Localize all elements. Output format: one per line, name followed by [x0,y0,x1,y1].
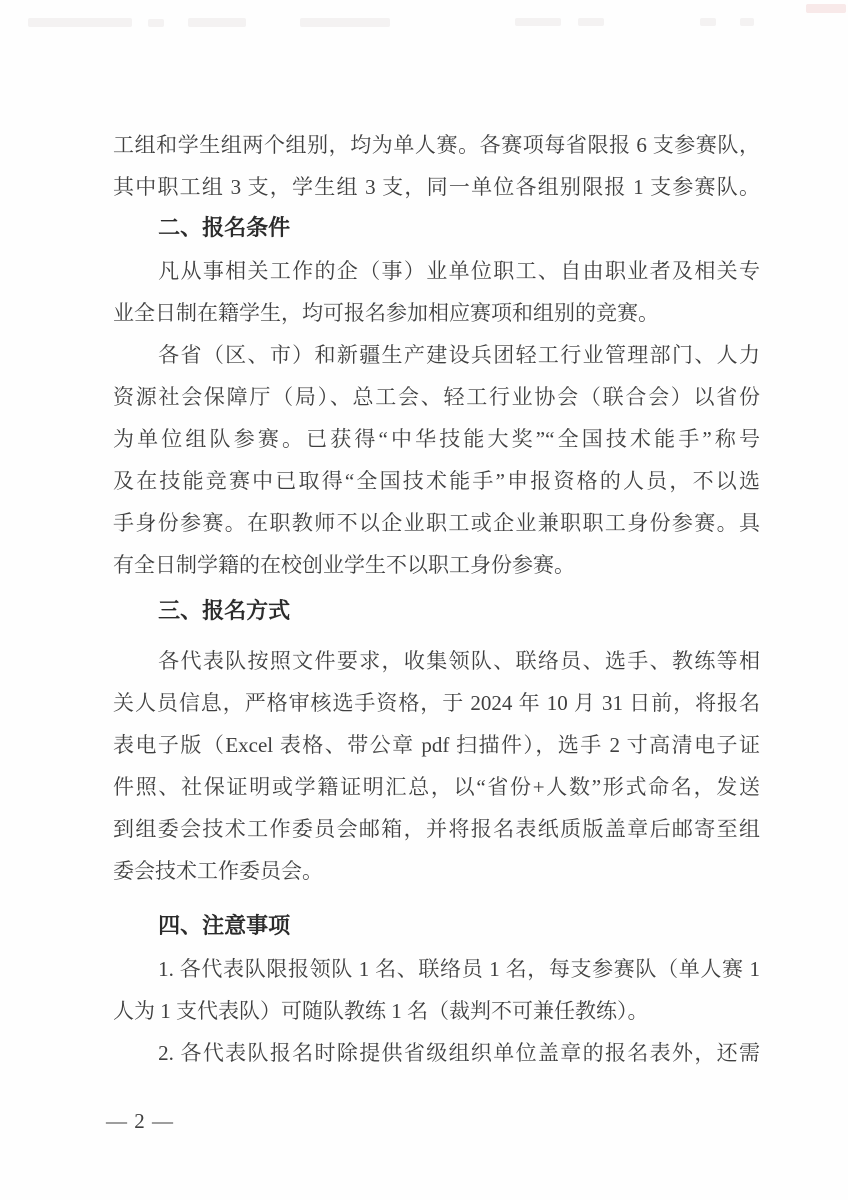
text-line: 凡从事相关工作的企（事）业单位职工、自由职业者及相关专 [113,250,760,292]
page-number: — 2 — [106,1106,174,1136]
text-line: 人为 1 支代表队）可随队教练 1 名（裁判不可兼任教练）。 [113,990,760,1032]
text-line: 各省（区、市）和新疆生产建设兵团轻工行业管理部门、人力 [113,334,760,376]
text-line: 资源社会保障厅（局）、总工会、轻工行业协会（联合会）以省份 [113,376,760,418]
bleed-through-mark [740,18,754,26]
section-heading: 三、报名方式 [113,591,760,633]
text-line: 为单位组队参赛。已获得“中华技能大奖”“全国技术能手”称号 [113,418,760,460]
text-line: 1. 各代表队限报领队 1 名、联络员 1 名，每支参赛队（单人赛 1 [113,948,760,990]
text-line: 到组委会技术工作委员会邮箱，并将报名表纸质版盖章后邮寄至组 [113,808,760,850]
text-line: 关人员信息，严格审核选手资格，于 2024 年 10 月 31 日前，将报名 [113,682,760,724]
bleed-through-mark [700,18,716,26]
document-body: 工组和学生组两个组别，均为单人赛。各赛项每省限报 6 支参赛队，其中职工组 3 … [113,124,760,1074]
text-line: 各代表队按照文件要求，收集领队、联络员、选手、教练等相 [113,640,760,682]
text-line: 工组和学生组两个组别，均为单人赛。各赛项每省限报 6 支参赛队， [113,124,760,166]
bleed-through-mark [28,18,132,27]
section-heading: 二、报名条件 [113,208,760,250]
scanned-page: 工组和学生组两个组别，均为单人赛。各赛项每省限报 6 支参赛队，其中职工组 3 … [0,0,848,1200]
bleed-through-mark [188,18,246,27]
text-line: 及在技能竞赛中已取得“全国技术能手”申报资格的人员，不以选 [113,460,760,502]
text-line: 表电子版（Excel 表格、带公章 pdf 扫描件），选手 2 寸高清电子证 [113,724,760,766]
bleed-through-mark [515,18,561,26]
text-line: 手身份参赛。在职教师不以企业职工或企业兼职职工身份参赛。具 [113,502,760,544]
bleed-through-mark [300,18,390,27]
bleed-through-mark [578,18,604,26]
text-line: 2. 各代表队报名时除提供省级组织单位盖章的报名表外，还需 [113,1032,760,1074]
section-heading: 四、注意事项 [113,906,760,948]
text-line: 其中职工组 3 支，学生组 3 支，同一单位各组别限报 1 支参赛队。 [113,166,760,208]
text-line: 有全日制学籍的在校创业学生不以职工身份参赛。 [113,544,760,586]
text-line: 委会技术工作委员会。 [113,850,760,892]
bleed-through-mark [806,4,846,13]
text-line: 业全日制在籍学生，均可报名参加相应赛项和组别的竞赛。 [113,292,760,334]
text-line: 件照、社保证明或学籍证明汇总，以“省份+人数”形式命名，发送 [113,766,760,808]
bleed-through-mark [148,19,164,27]
